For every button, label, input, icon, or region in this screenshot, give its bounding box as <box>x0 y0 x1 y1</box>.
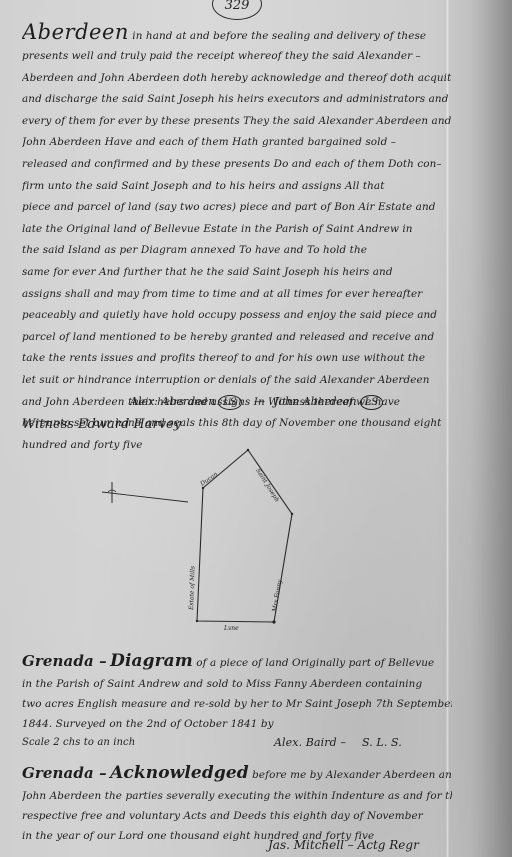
deed-lead-word: Aberdeen <box>22 20 129 44</box>
caption-line: Grenada – Diagram of a piece of land Ori… <box>22 648 452 674</box>
caption-line: in the Parish of Saint Andrew and sold t… <box>22 674 452 694</box>
folio-number-stamp: 329 <box>212 0 262 20</box>
caption-place: Grenada – <box>22 652 107 670</box>
seal-ls-2: LS <box>360 395 384 410</box>
signature-alexander: Alex: AberdeenLS <box>130 395 242 410</box>
ack-line: Grenada – Acknowledged before me by Alex… <box>22 760 452 786</box>
surveyor-title: S. L. S. <box>362 734 402 752</box>
scale-note: Scale 2 chs to an inch <box>22 737 135 748</box>
ack-heading: Acknowledged <box>110 763 249 783</box>
deed-line: Aberdeen and John Aberdeen doth hereby a… <box>22 68 452 90</box>
deed-body: Aberdeen in hand at and before the seali… <box>22 18 452 456</box>
land-parcel-polygon: Ducan Saint Joseph Mrs Fanny Estate of M… <box>90 440 350 630</box>
scale-and-surveyor-row: Scale 2 chs to an inch Alex. Baird – S. … <box>22 734 452 752</box>
plan-label-right: Mrs Fanny <box>271 579 284 614</box>
registrar-signature: Jas. Mitchell – Actg Regr <box>268 838 419 852</box>
signature-dash: — <box>254 395 265 408</box>
land-plan-diagram: Ducan Saint Joseph Mrs Fanny Estate of M… <box>90 440 350 630</box>
surveyor-signature: Alex. Baird – <box>274 734 346 752</box>
deed-line: John Aberdeen Have and each of them Hath… <box>22 132 452 154</box>
deed-line: peaceably and quietly have hold occupy p… <box>22 305 452 327</box>
signature-block: Alex: AberdeenLS — John AberdeenLS Witne… <box>22 395 462 445</box>
plan-label-top-left: Ducan <box>198 471 219 489</box>
ack-place: Grenada – <box>22 764 107 782</box>
witness-signature: Witness Edward Harvey <box>22 417 181 432</box>
seal-ls-1: LS <box>218 395 242 410</box>
plan-label-bottom: Lyne <box>223 625 239 630</box>
signature-john: John AberdeenLS <box>274 395 383 410</box>
deed-line: the said Island as per Diagram annexed T… <box>22 240 452 262</box>
deed-line: every of them for ever by these presents… <box>22 111 452 133</box>
deed-line: let suit or hindrance interruption or de… <box>22 370 452 392</box>
deed-line: released and confirmed and by these pres… <box>22 154 452 176</box>
ack-line: respective free and voluntary Acts and D… <box>22 806 452 826</box>
page-edge-shadow <box>470 0 512 857</box>
deed-line: assigns shall and may from time to time … <box>22 284 452 306</box>
acknowledgement-section: Grenada – Acknowledged before me by Alex… <box>22 760 452 846</box>
deed-line: late the Original land of Bellevue Estat… <box>22 219 452 241</box>
plan-label-top-right: Saint Joseph <box>254 467 280 503</box>
plan-label-left: Estate of Mills <box>188 566 197 611</box>
deed-line: piece and parcel of land (say two acres)… <box>22 197 452 219</box>
caption-line: 1844. Surveyed on the 2nd of October 184… <box>22 714 452 734</box>
deed-line: parcel of land mentioned to be hereby gr… <box>22 327 452 349</box>
ack-line: John Aberdeen the parties severally exec… <box>22 786 452 806</box>
deed-line: presents well and truly paid the receipt… <box>22 46 452 68</box>
deed-line: Aberdeen in hand at and before the seali… <box>22 18 452 46</box>
deed-line: same for ever And further that he the sa… <box>22 262 452 284</box>
scanned-deed-page: 329 Aberdeen in hand at and before the s… <box>0 0 512 857</box>
caption-heading: Diagram <box>110 651 193 671</box>
deed-line: take the rents issues and profits thereo… <box>22 348 452 370</box>
diagram-caption: Grenada – Diagram of a piece of land Ori… <box>22 648 452 752</box>
deed-line: firm unto the said Saint Joseph and to h… <box>22 176 452 198</box>
deed-line: and discharge the said Saint Joseph his … <box>22 89 452 111</box>
caption-line: two acres English measure and re-sold by… <box>22 694 452 714</box>
